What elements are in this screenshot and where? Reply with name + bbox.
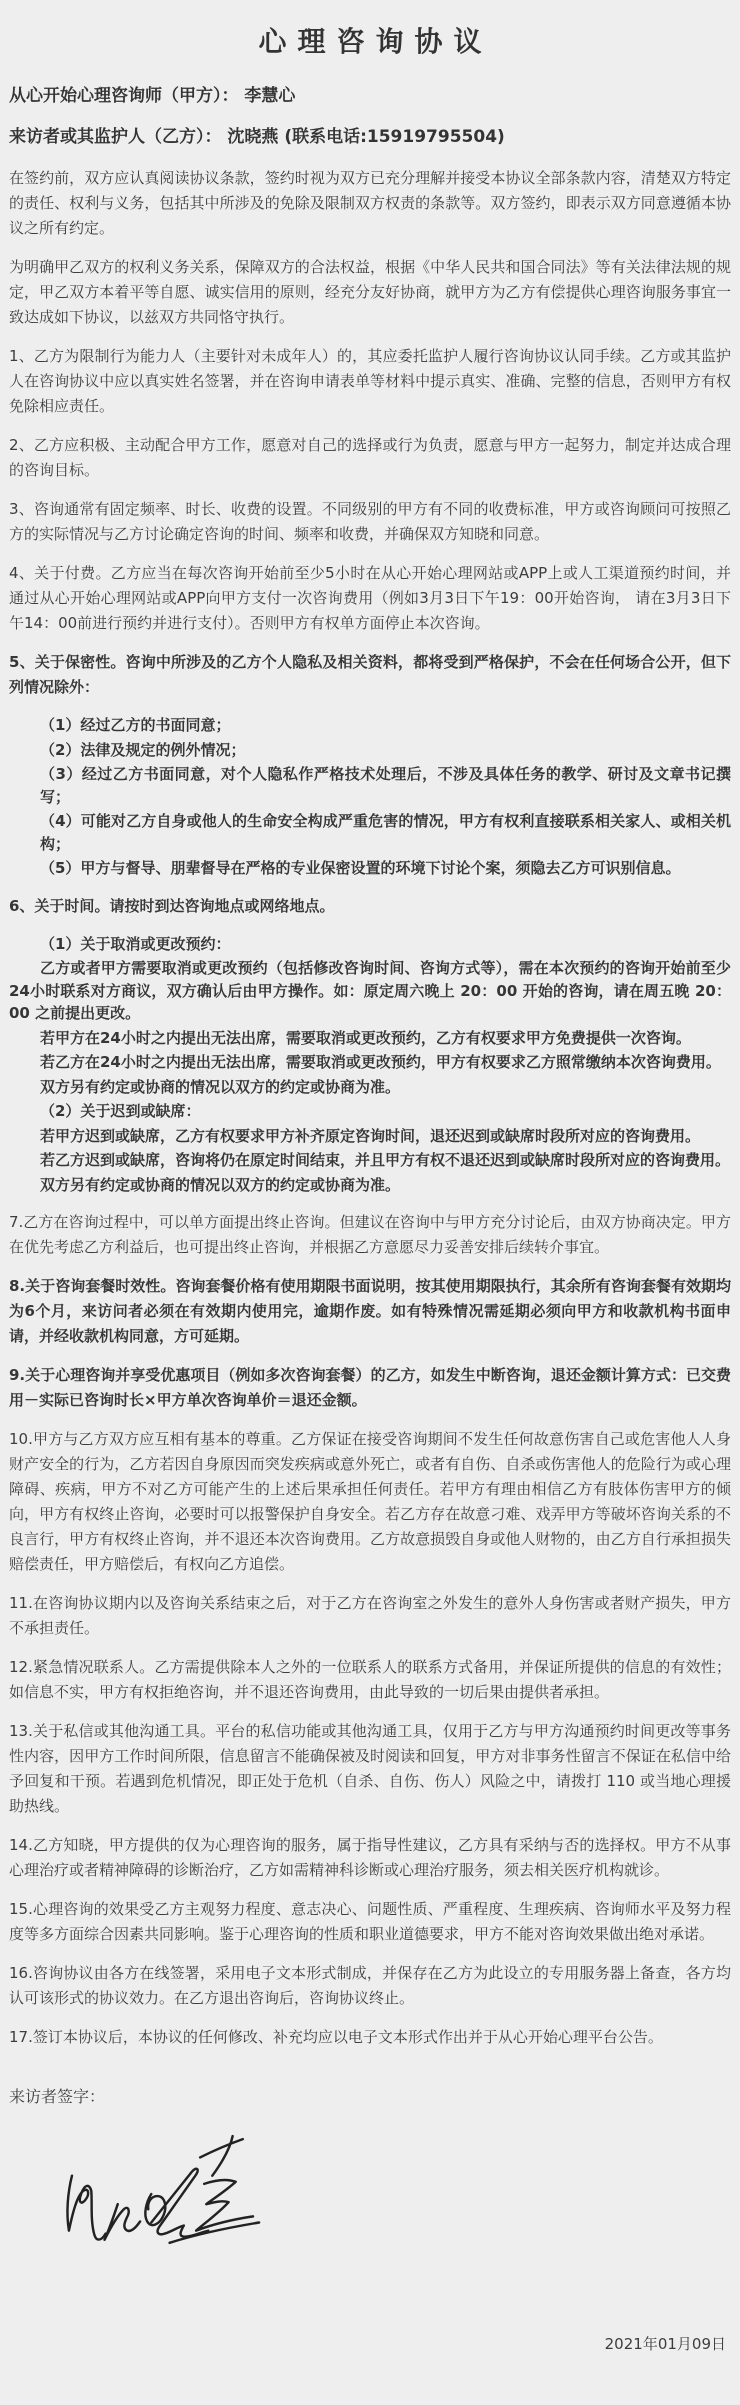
clause-paragraph: （2）法律及规定的例外情况； xyxy=(9,739,731,762)
clause-list: 在签约前，双方应认真阅读协议条款，签约时视为双方已充分理解并接受本协议全部条款内… xyxy=(9,166,731,2050)
clause-paragraph: 14.乙方知晓，甲方提供的仅为心理咨询的服务，属于指导性建议，乙方具有采纳与否的… xyxy=(9,1833,731,1883)
clause-paragraph: 11.在咨询协议期内以及咨询关系结束之后，对于乙方在咨询室之外发生的意外人身伤害… xyxy=(9,1591,731,1641)
clause-paragraph: （2）关于迟到或缺席： xyxy=(9,1100,731,1123)
signature-area xyxy=(59,2133,731,2255)
clause-paragraph: （5）甲方与督导、朋辈督导在严格的专业保密设置的环境下讨论个案，须隐去乙方可识别… xyxy=(9,857,731,880)
visitor-signature-label: 来访者签字： xyxy=(9,2084,731,2107)
party-b-line: 来访者或其监护人（乙方）： 沈晓燕 (联系电话:15919795504) xyxy=(9,125,731,149)
clause-paragraph: （4）可能对乙方自身或他人的生命安全构成严重危害的情况，甲方有权利直接联系相关家… xyxy=(9,810,731,855)
clause-paragraph: 17.签订本协议后，本协议的任何修改、补充均应以电子文本形式作出并于从心开始心理… xyxy=(9,2025,731,2050)
page-title: 心理咨询协议 xyxy=(9,20,731,60)
clause-paragraph: 16.咨询协议由各方在线签署，采用电子文本形式制成，并保存在乙方为此设立的专用服… xyxy=(9,1961,731,2011)
clause-paragraph: 13.关于私信或其他沟通工具。平台的私信功能或其他沟通工具，仅用于乙方与甲方沟通… xyxy=(9,1719,731,1819)
clause-paragraph: 9.关于心理咨询并享受优惠项目（例如多次咨询套餐）的乙方，如发生中断咨询，退还金… xyxy=(9,1363,731,1413)
handwritten-signature-image xyxy=(59,2133,269,2253)
party-a-line: 从心开始心理咨询师（甲方）： 李慧心 xyxy=(9,84,731,108)
clause-paragraph: 若甲方在24小时之内提出无法出席，需要取消或更改预约，乙方有权要求甲方免费提供一… xyxy=(9,1027,731,1050)
agreement-document: 心理咨询协议 从心开始心理咨询师（甲方）： 李慧心 来访者或其监护人（乙方）： … xyxy=(0,0,740,2405)
clause-paragraph: 3、咨询通常有固定频率、时长、收费的设置。不同级别的甲方有不同的收费标准，甲方或… xyxy=(9,497,731,547)
clause-paragraph: 5、关于保密性。咨询中所涉及的乙方个人隐私及相关资料，都将受到严格保护，不会在任… xyxy=(9,650,731,700)
signing-date: 2021年01月09日 xyxy=(9,2333,731,2354)
clause-paragraph: 6、关于时间。请按时到达咨询地点或网络地点。 xyxy=(9,894,731,919)
clause-paragraph: 4、关于付费。乙方应当在每次咨询开始前至少5小时在从心开始心理网站或APP上或人… xyxy=(9,561,731,636)
clause-paragraph: 15.心理咨询的效果受乙方主观努力程度、意志决心、问题性质、严重程度、生理疾病、… xyxy=(9,1897,731,1947)
clause-paragraph: （1）关于取消或更改预约： xyxy=(9,933,731,956)
clause-paragraph: 若甲方迟到或缺席，乙方有权要求甲方补齐原定咨询时间，退还迟到或缺席时段所对应的咨… xyxy=(9,1125,731,1148)
clause-paragraph: 若乙方在24小时之内提出无法出席，需要取消或更改预约，甲方有权要求乙方照常缴纳本… xyxy=(9,1051,731,1074)
clause-paragraph: 1、乙方为限制行为能力人（主要针对未成年人）的，其应委托监护人履行咨询协议认同手… xyxy=(9,344,731,419)
clause-paragraph: 乙方或者甲方需要取消或更改预约（包括修改咨询时间、咨询方式等），需在本次预约的咨… xyxy=(9,957,731,1025)
clause-paragraph: 在签约前，双方应认真阅读协议条款，签约时视为双方已充分理解并接受本协议全部条款内… xyxy=(9,166,731,241)
clause-paragraph: 8.关于咨询套餐时效性。咨询套餐价格有使用期限书面说明，按其使用期限执行，其余所… xyxy=(9,1274,731,1349)
clause-paragraph: 10.甲方与乙方双方应互相有基本的尊重。乙方保证在接受咨询期间不发生任何故意伤害… xyxy=(9,1427,731,1577)
clause-paragraph: 若乙方迟到或缺席，咨询将仍在原定时间结束，并且甲方有权不退还迟到或缺席时段所对应… xyxy=(9,1149,731,1172)
clause-paragraph: （1）经过乙方的书面同意； xyxy=(9,714,731,737)
clause-paragraph: （3）经过乙方书面同意，对个人隐私作严格技术处理后，不涉及具体任务的教学、研讨及… xyxy=(9,763,731,808)
clause-paragraph: 为明确甲乙双方的权利义务关系，保障双方的合法权益，根据《中华人民共和国合同法》等… xyxy=(9,255,731,330)
clause-paragraph: 双方另有约定或协商的情况以双方的约定或协商为准。 xyxy=(9,1174,731,1197)
clause-paragraph: 2、乙方应积极、主动配合甲方工作，愿意对自己的选择或行为负责，愿意与甲方一起努力… xyxy=(9,433,731,483)
clause-paragraph: 双方另有约定或协商的情况以双方的约定或协商为准。 xyxy=(9,1076,731,1099)
clause-paragraph: 7.乙方在咨询过程中，可以单方面提出终止咨询。但建议在咨询中与甲方充分讨论后，由… xyxy=(9,1210,731,1260)
clause-paragraph: 12.紧急情况联系人。乙方需提供除本人之外的一位联系人的联系方式备用，并保证所提… xyxy=(9,1655,731,1705)
